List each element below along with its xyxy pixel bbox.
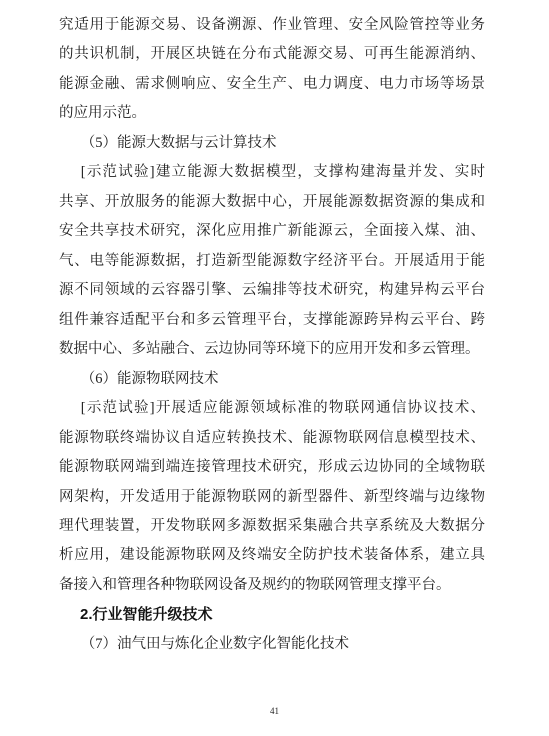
text-line: 共享、开放服务的能源大数据中心，开展能源数据资源的集成和 bbox=[59, 188, 485, 217]
text-line: 源不同领域的云容器引擎、云编排等技术研究，构建异构云平台 bbox=[59, 276, 485, 305]
text-line: 究适用于能源交易、设备溯源、作业管理、安全风险管控等业务 bbox=[59, 11, 485, 40]
text-line: 网架构，开发适用于能源物联网的新型器件、新型终端与边缘物 bbox=[59, 483, 485, 512]
text-line: 能源物联网端到端连接管理技术研究，形成云边协同的全域物联 bbox=[59, 453, 485, 482]
text-line: 的应用示范。 bbox=[59, 99, 485, 128]
text-line: 组件兼容适配平台和多云管理平台，支撑能源跨异构云平台、跨 bbox=[59, 306, 485, 335]
text-block: 究适用于能源交易、设备溯源、作业管理、安全风险管控等业务的共识机制，开展区块链在… bbox=[59, 11, 485, 659]
text-line: 2.行业智能升级技术 bbox=[59, 600, 485, 629]
document-page: 究适用于能源交易、设备溯源、作业管理、安全风险管控等业务的共识机制，开展区块链在… bbox=[0, 0, 549, 736]
text-line: 能源物联终端协议自适应转换技术、能源物联网信息模型技术、 bbox=[59, 424, 485, 453]
text-line: 数据中心、多站融合、云边协同等环境下的应用开发和多云管理。 bbox=[59, 335, 485, 364]
text-line: 安全共享技术研究，深化应用推广新能源云，全面接入煤、油、 bbox=[59, 217, 485, 246]
text-line: [示范试验]建立能源大数据模型，支撑构建海量并发、实时 bbox=[59, 158, 485, 187]
text-line: （5）能源大数据与云计算技术 bbox=[59, 129, 485, 158]
text-line: 备接入和管理各种物联网设备及规约的物联网管理支撑平台。 bbox=[59, 571, 485, 600]
text-line: 的共识机制，开展区块链在分布式能源交易、可再生能源消纳、 bbox=[59, 40, 485, 69]
text-line: 气、电等能源数据，打造新型能源数字经济平台。开展适用于能 bbox=[59, 247, 485, 276]
text-line: 能源金融、需求侧响应、安全生产、电力调度、电力市场等场景 bbox=[59, 70, 485, 99]
text-line: 理代理装置，开发物联网多源数据采集融合共享系统及大数据分 bbox=[59, 512, 485, 541]
text-line: [示范试验]开展适应能源领域标准的物联网通信协议技术、 bbox=[59, 394, 485, 423]
text-line: （7）油气田与炼化企业数字化智能化技术 bbox=[59, 630, 485, 659]
text-line: 析应用，建设能源物联网及终端安全防护技术装备体系，建立具 bbox=[59, 541, 485, 570]
text-line: （6）能源物联网技术 bbox=[59, 365, 485, 394]
page-number: 41 bbox=[0, 706, 549, 716]
